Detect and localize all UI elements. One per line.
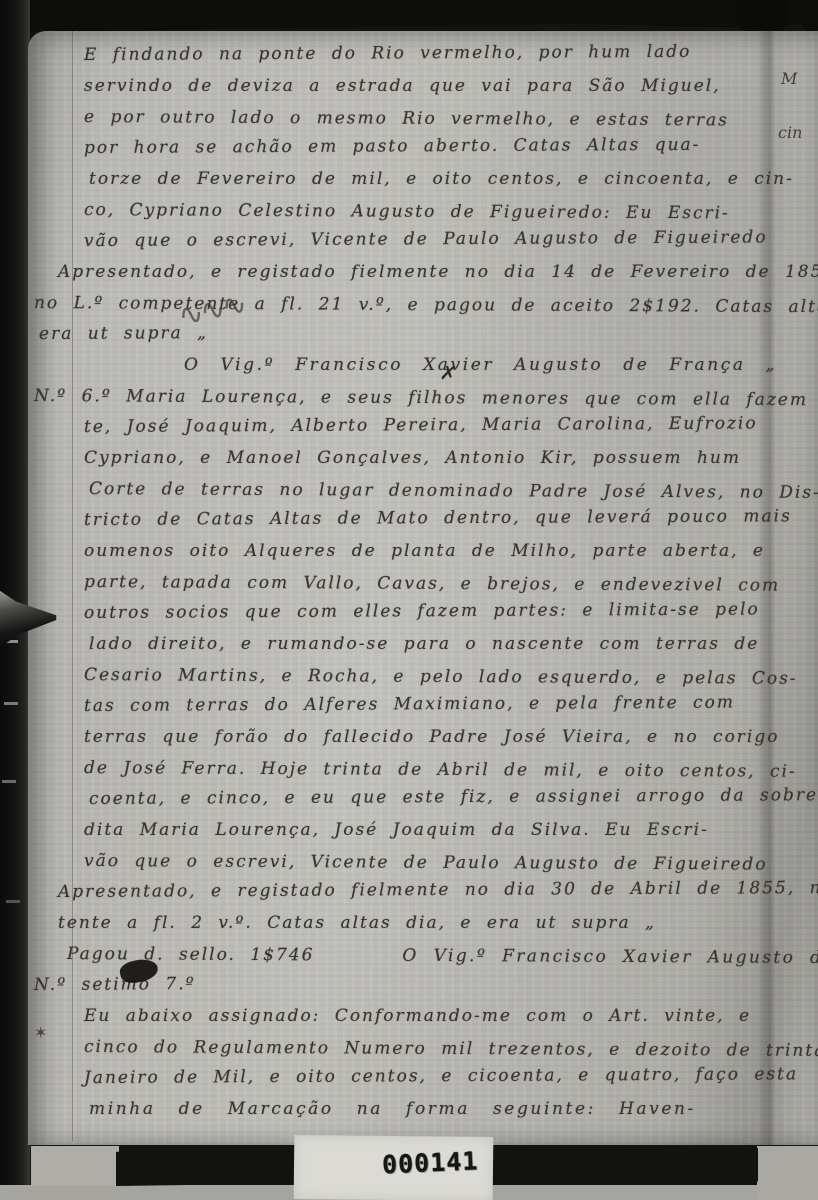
adjacent-page-fragment: M — [781, 69, 797, 88]
manuscript-line: Janeiro de Mil, e oito centos, e cicoent… — [84, 1059, 776, 1094]
asterisk-mark: ✶ — [34, 1023, 47, 1042]
manuscript-line: outros socios que com elles fazem partes… — [84, 594, 776, 629]
manuscript-line: coenta, e cinco, e eu que este fiz, e as… — [84, 780, 776, 815]
manuscript-page: E findando na ponte do Rio vermelho, por… — [28, 31, 818, 1145]
manuscript-line: lado direito, e rumando-se para o nascen… — [84, 629, 776, 660]
manuscript-line: Eu abaixo assignado: Conformando-me com … — [84, 1001, 776, 1032]
stamp-duty-note: Pagou d. sello. 1$746 — [67, 939, 315, 971]
registration-note-line: Apresentado, e registado fielmente no di… — [58, 873, 776, 908]
registration-note-line: tente a fl. 2 v.º. Catas altas dia, e er… — [58, 908, 776, 939]
registration-note-line: era ut supra „ — [34, 315, 776, 350]
cross-mark: ✗ — [438, 360, 458, 386]
scanned-document: E findando na ponte do Rio vermelho, por… — [0, 0, 818, 1200]
manuscript-text: E findando na ponte do Rio vermelho, por… — [84, 40, 776, 1125]
manuscript-line: por hora se achão em pasto aberto. Catas… — [84, 129, 776, 164]
manuscript-line: E findando na ponte do Rio vermelho, por… — [84, 36, 776, 71]
scan-background-right — [757, 1146, 818, 1200]
manuscript-line: torze de Fevereiro de mil, e oito centos… — [84, 164, 776, 195]
adjacent-page-fragment: cin — [778, 123, 802, 142]
manuscript-line: te, José Joaquim, Alberto Pereira, Maria… — [84, 408, 776, 443]
manuscript-line: minha de Marcação na forma seguinte: Hav… — [84, 1094, 776, 1125]
page-number-stamp: 000141 — [381, 1146, 478, 1179]
manuscript-line: terras que forão do fallecido Padre José… — [84, 722, 776, 753]
manuscript-line: servindo de deviza a estrada que vai par… — [84, 71, 776, 102]
manuscript-line: vão que o escrevi, Vicente de Paulo Augu… — [84, 222, 776, 257]
manuscript-line: dita Maria Lourença, José Joaquim da Sil… — [84, 815, 776, 846]
manuscript-line: tas com terras do Alferes Maximiano, e p… — [84, 687, 776, 722]
manuscript-line: tricto de Catas Altas de Mato dentro, qu… — [84, 501, 776, 536]
page-bottom-edge — [31, 1146, 119, 1186]
registration-note-line: Apresentado, e registado fielmente no di… — [58, 257, 776, 288]
manuscript-line: oumenos oito Alqueres de planta de Milho… — [84, 536, 776, 567]
binding-edge-top — [0, 0, 818, 32]
manuscript-line: Cypriano, e Manoel Gonçalves, Antonio Ki… — [84, 443, 776, 474]
archival-label: 000141 — [294, 1135, 494, 1200]
vicar-signature-line: O Vig.º Francisco Xavier Augusto de Fran… — [84, 350, 776, 381]
